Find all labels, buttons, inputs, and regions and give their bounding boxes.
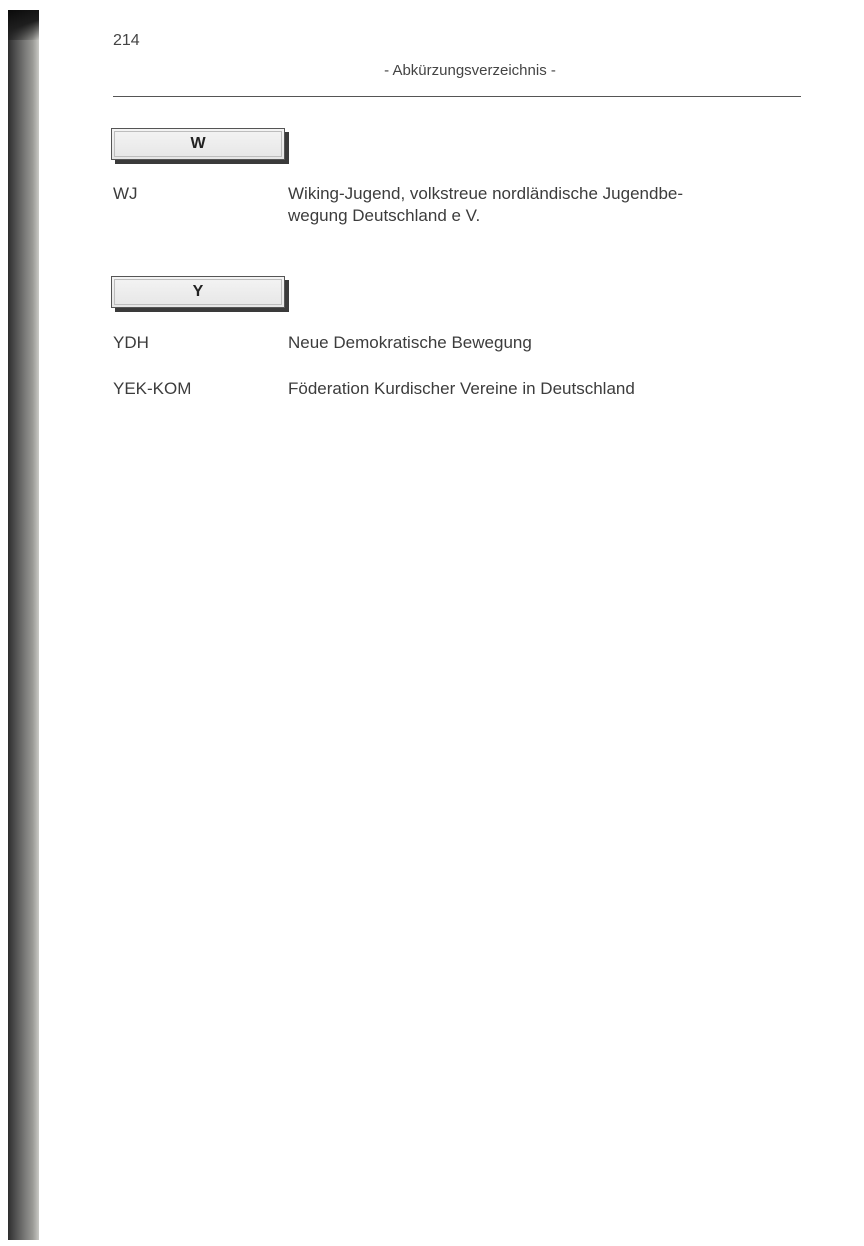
section-letter-y: Y: [111, 276, 285, 308]
abbreviation: YEK-KOM: [113, 378, 273, 400]
header-rule: [113, 96, 801, 97]
definition: Neue Demokratische Bewegung: [288, 332, 788, 354]
section-letter-w: W: [111, 128, 285, 160]
section-letter-label: Y: [193, 283, 204, 300]
book-binding-corner: [8, 10, 39, 40]
definition-line: Wiking-Jugend, volkstreue nordländische …: [288, 183, 788, 205]
page-number: 214: [113, 32, 140, 50]
section-letter-label: W: [190, 135, 205, 152]
book-binding-shadow: [8, 10, 39, 1240]
definition: Wiking-Jugend, volkstreue nordländische …: [288, 183, 788, 227]
abbreviation: WJ: [113, 183, 273, 205]
abbreviation: YDH: [113, 332, 273, 354]
definition-line: wegung Deutschland e V.: [288, 205, 788, 227]
definition: Föderation Kurdischer Vereine in Deutsch…: [288, 378, 788, 400]
running-header: - Abkürzungsverzeichnis -: [0, 62, 864, 79]
